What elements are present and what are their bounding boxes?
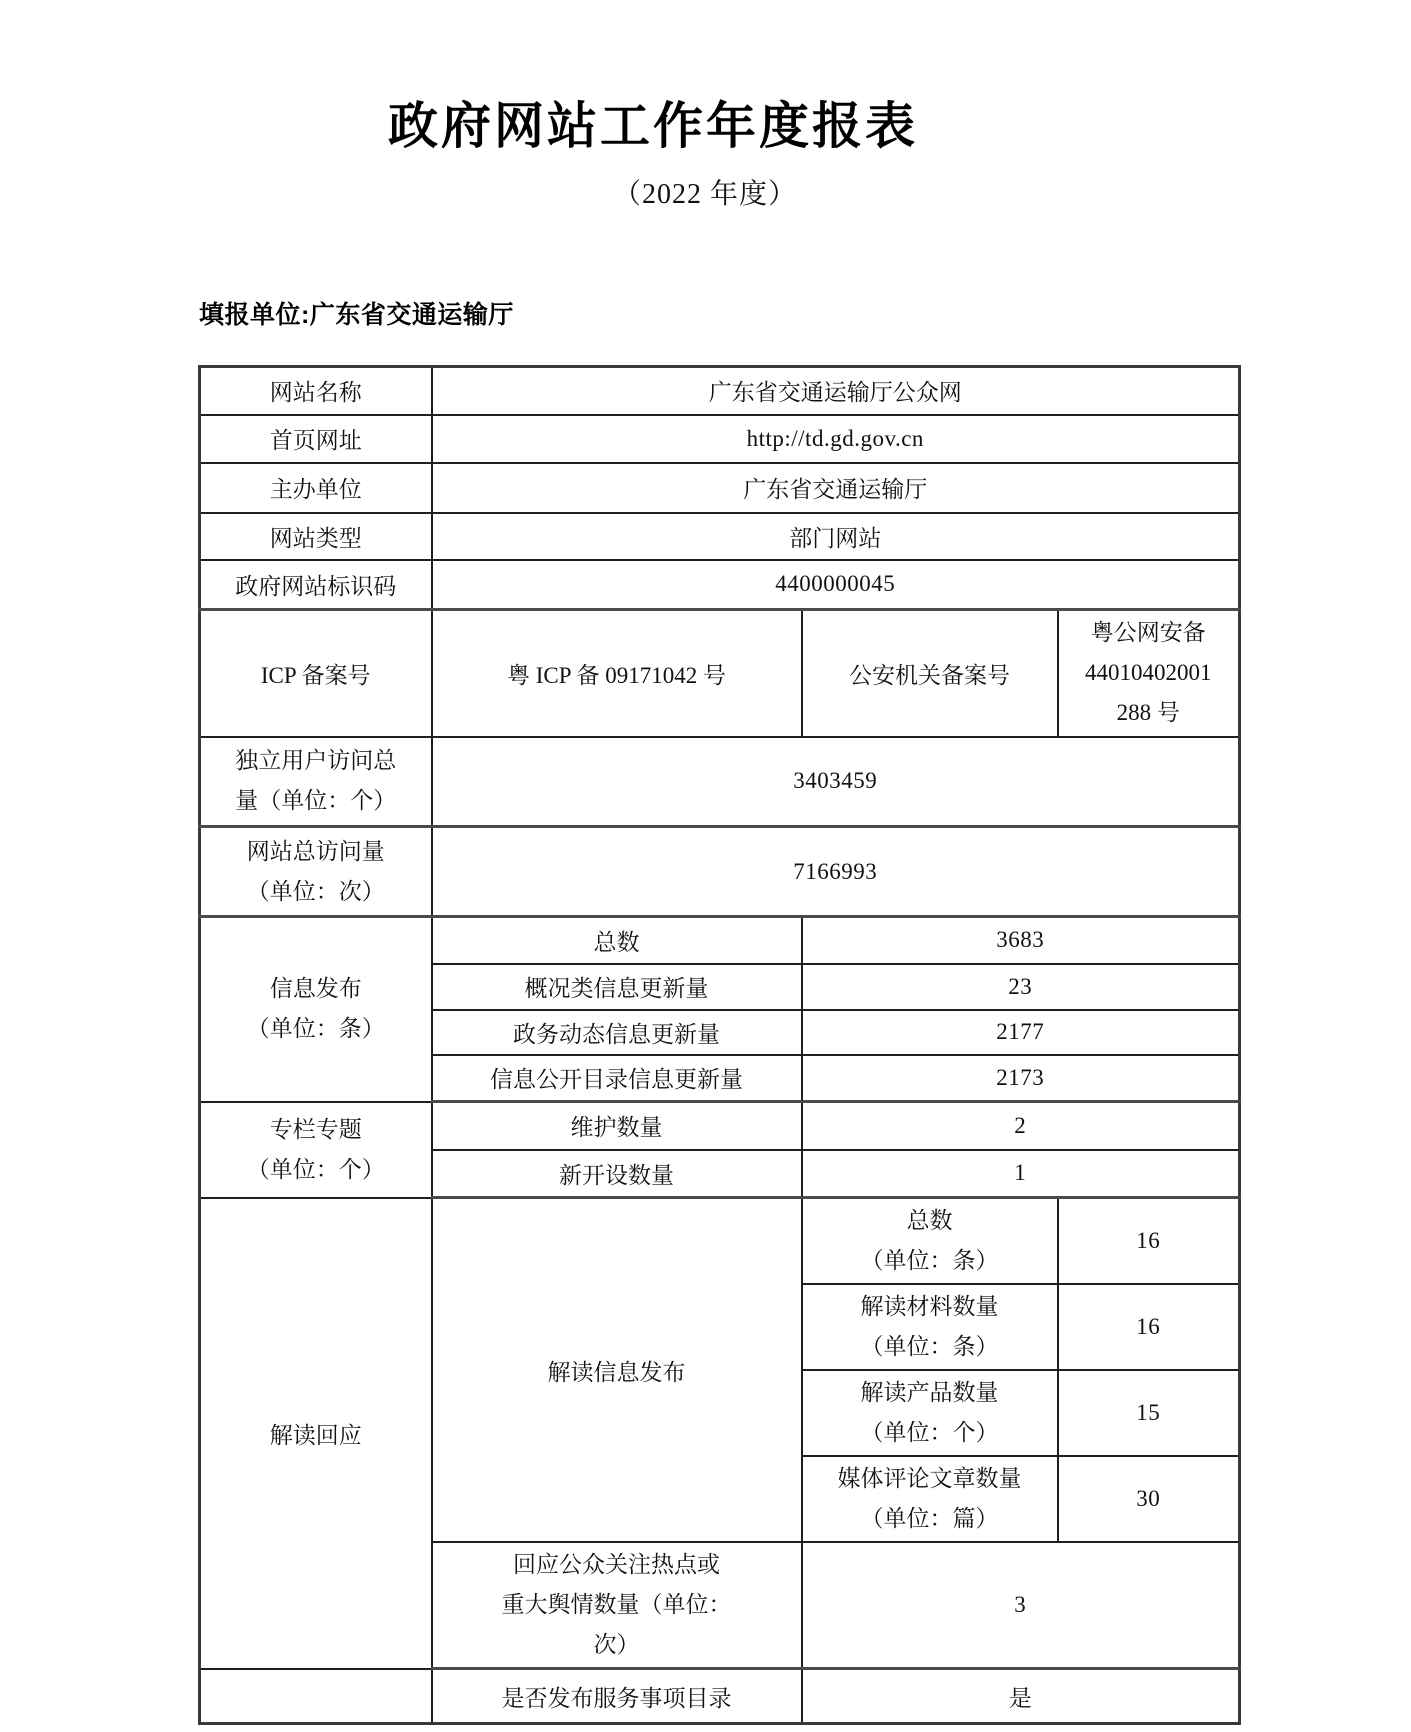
interp-product-value: 15 <box>1058 1370 1240 1456</box>
site-type-value: 部门网站 <box>432 513 1240 560</box>
info-overview-label: 概况类信息更新量 <box>432 964 802 1010</box>
info-overview-value: 23 <box>802 964 1240 1010</box>
info-directory-label: 信息公开目录信息更新量 <box>432 1055 802 1102</box>
interpretation-publish-label: 解读信息发布 <box>432 1198 802 1543</box>
table-row: 解读回应 解读信息发布 总数 （单位：条） 16 <box>200 1198 1240 1285</box>
table-row: ICP 备案号 粤 ICP 备 09171042 号 公安机关备案号 粤公网安备… <box>200 610 1240 737</box>
interp-total-label: 总数 （单位：条） <box>802 1198 1058 1285</box>
site-type-label: 网站类型 <box>200 513 432 560</box>
host-unit-label: 主办单位 <box>200 463 432 513</box>
info-total-label: 总数 <box>432 917 802 964</box>
unique-visitors-value: 3403459 <box>432 737 1240 827</box>
site-id-value: 4400000045 <box>432 560 1240 610</box>
total-visits-label: 网站总访问量 （单位：次） <box>200 827 432 917</box>
police-record-label: 公安机关备案号 <box>802 610 1058 737</box>
interp-product-label: 解读产品数量 （单位：个） <box>802 1370 1058 1456</box>
service-directory-value: 是 <box>802 1669 1240 1724</box>
interp-material-label: 解读材料数量 （单位：条） <box>802 1284 1058 1370</box>
info-dynamics-value: 2177 <box>802 1010 1240 1055</box>
info-directory-value: 2173 <box>802 1055 1240 1102</box>
interp-total-value: 16 <box>1058 1198 1240 1285</box>
response-hotspot-value: 3 <box>802 1542 1240 1669</box>
table-row: 是否发布服务事项目录 是 <box>200 1669 1240 1724</box>
info-dynamics-label: 政务动态信息更新量 <box>432 1010 802 1055</box>
table-row: 网站名称 广东省交通运输厅公众网 <box>200 367 1240 415</box>
interp-media-label: 媒体评论文章数量 （单位：篇） <box>802 1456 1058 1542</box>
table-row: 专栏专题 （单位：个） 维护数量 2 <box>200 1102 1240 1150</box>
annual-report-table: 网站名称 广东省交通运输厅公众网 首页网址 http://td.gd.gov.c… <box>198 365 1241 1725</box>
home-url-value: http://td.gd.gov.cn <box>432 415 1240 463</box>
reporting-unit-label: 填报单位:广东省交通运输厅 <box>199 295 514 331</box>
table-row: 首页网址 http://td.gd.gov.cn <box>200 415 1240 463</box>
interpretation-header: 解读回应 <box>200 1198 432 1669</box>
icp-label: ICP 备案号 <box>200 610 432 737</box>
table-row: 政府网站标识码 4400000045 <box>200 560 1240 610</box>
total-visits-value: 7166993 <box>432 827 1240 917</box>
page-title: 政府网站工作年度报表 <box>0 86 1306 158</box>
page-subtitle: （2022 年度） <box>0 172 1410 212</box>
icp-value: 粤 ICP 备 09171042 号 <box>432 610 802 737</box>
police-record-value: 粤公网安备 44010402001 288 号 <box>1058 610 1240 737</box>
site-name-label: 网站名称 <box>200 367 432 415</box>
info-total-value: 3683 <box>802 917 1240 964</box>
table-row: 信息发布 （单位：条） 总数 3683 <box>200 917 1240 964</box>
unique-visitors-label: 独立用户访问总 量（单位：个） <box>200 737 432 827</box>
home-url-label: 首页网址 <box>200 415 432 463</box>
new-count-value: 1 <box>802 1150 1240 1198</box>
info-publish-header: 信息发布 （单位：条） <box>200 917 432 1102</box>
maintained-count-label: 维护数量 <box>432 1102 802 1150</box>
table-row: 独立用户访问总 量（单位：个） 3403459 <box>200 737 1240 827</box>
site-id-label: 政府网站标识码 <box>200 560 432 610</box>
maintained-count-value: 2 <box>802 1102 1240 1150</box>
table-row: 主办单位 广东省交通运输厅 <box>200 463 1240 513</box>
interp-material-value: 16 <box>1058 1284 1240 1370</box>
new-count-label: 新开设数量 <box>432 1150 802 1198</box>
service-directory-label: 是否发布服务事项目录 <box>432 1669 802 1724</box>
special-columns-header: 专栏专题 （单位：个） <box>200 1102 432 1198</box>
interp-media-value: 30 <box>1058 1456 1240 1542</box>
table-row: 网站类型 部门网站 <box>200 513 1240 560</box>
response-hotspot-label: 回应公众关注热点或 重大舆情数量（单位： 次） <box>432 1542 802 1669</box>
service-section-header <box>200 1669 432 1724</box>
site-name-value: 广东省交通运输厅公众网 <box>432 367 1240 415</box>
host-unit-value: 广东省交通运输厅 <box>432 463 1240 513</box>
table-row: 网站总访问量 （单位：次） 7166993 <box>200 827 1240 917</box>
